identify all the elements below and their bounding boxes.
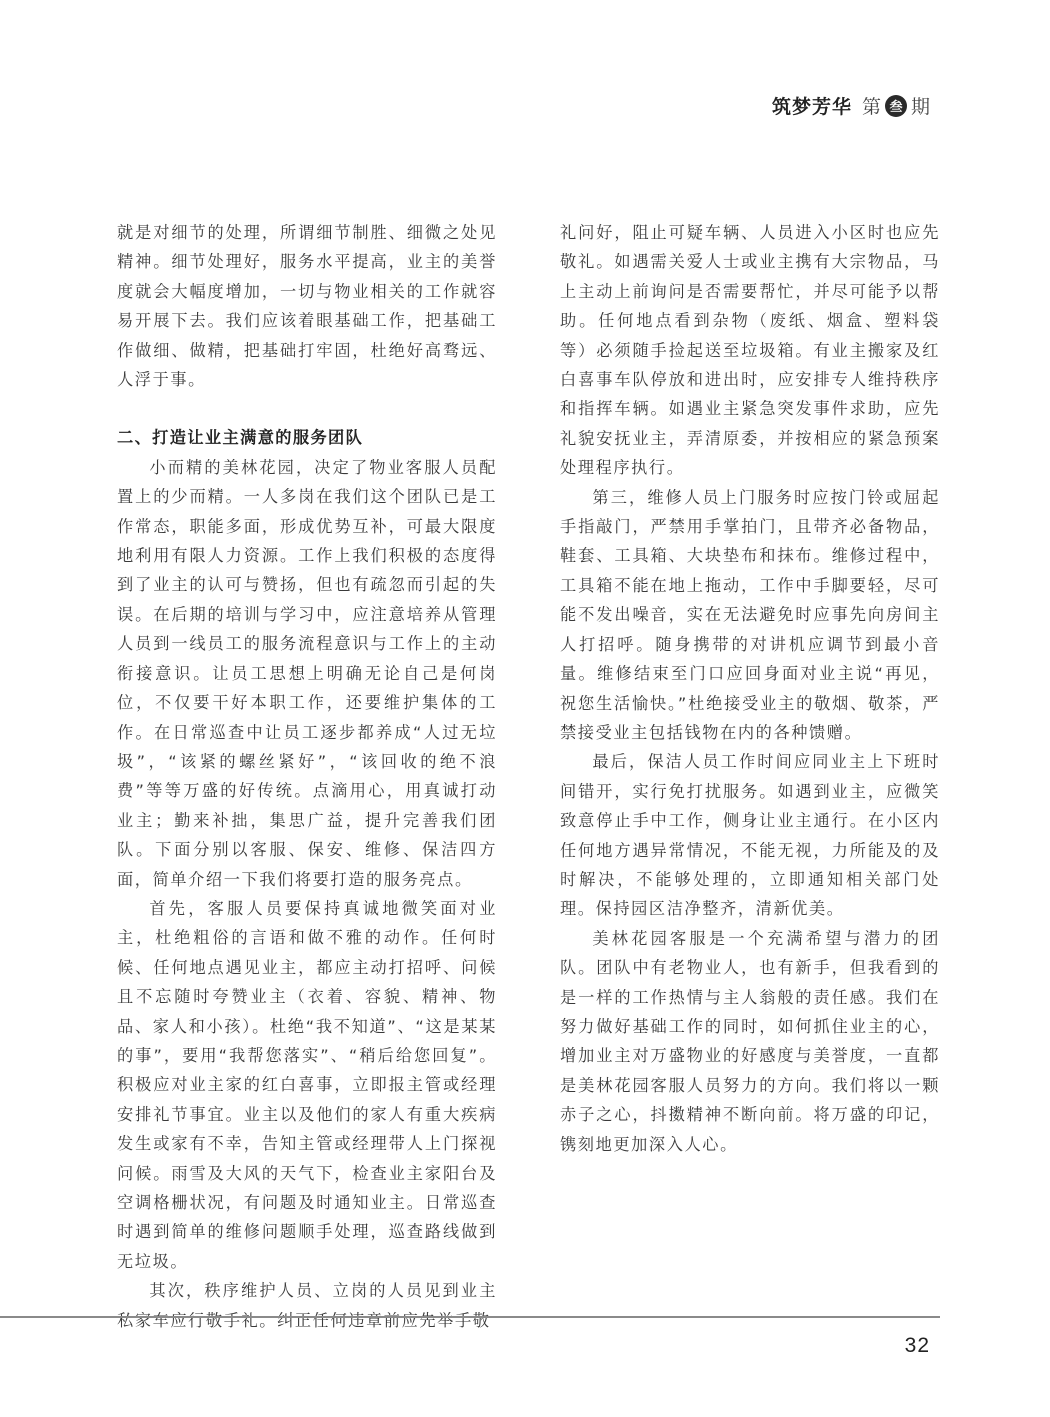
footer-divider: [0, 1316, 940, 1318]
left-column: 就是对细节的处理，所谓细节制胜、细微之处见精神。细节处理好，服务水平提高，业主的…: [117, 218, 497, 1335]
paragraph: 美林花园客服是一个充满希望与潜力的团队。团队中有老物业人，也有新手，但我看到的是…: [560, 924, 940, 1159]
paragraph: 最后，保洁人员工作时间应同业主上下班时间错开，实行免打扰服务。如遇到业主，应微笑…: [560, 747, 940, 923]
running-header: 筑梦芳华 第 叁 期: [772, 92, 930, 119]
paragraph: 小而精的美林花园，决定了物业客服人员配置上的少而精。一人多岗在我们这个团队已是工…: [117, 453, 497, 894]
paragraph: 其次，秩序维护人员、立岗的人员见到业主私家车应行敬手礼。纠正任何违章前应先举手敬: [117, 1276, 497, 1335]
section-heading: 二、打造让业主满意的服务团队: [117, 423, 497, 452]
right-column: 礼问好，阻止可疑车辆、人员进入小区时也应先敬礼。如遇需关爱人士或业主携有大宗物品…: [560, 218, 940, 1159]
issue-suffix: 期: [911, 92, 930, 119]
paragraph: 首先，客服人员要保持真诚地微笑面对业主，杜绝粗俗的言语和做不雅的动作。任何时候、…: [117, 894, 497, 1276]
page-number: 32: [905, 1334, 930, 1358]
issue-prefix: 第: [862, 92, 881, 119]
issue-number-badge: 叁: [885, 95, 907, 117]
paragraph: 礼问好，阻止可疑车辆、人员进入小区时也应先敬礼。如遇需关爱人士或业主携有大宗物品…: [560, 218, 940, 483]
paragraph: 就是对细节的处理，所谓细节制胜、细微之处见精神。细节处理好，服务水平提高，业主的…: [117, 218, 497, 394]
issue-label: 第 叁 期: [862, 92, 930, 119]
paragraph: 第三，维修人员上门服务时应按门铃或屈起手指敲门，严禁用手掌拍门，且带齐必备物品，…: [560, 483, 940, 748]
magazine-title: 筑梦芳华: [772, 92, 852, 119]
